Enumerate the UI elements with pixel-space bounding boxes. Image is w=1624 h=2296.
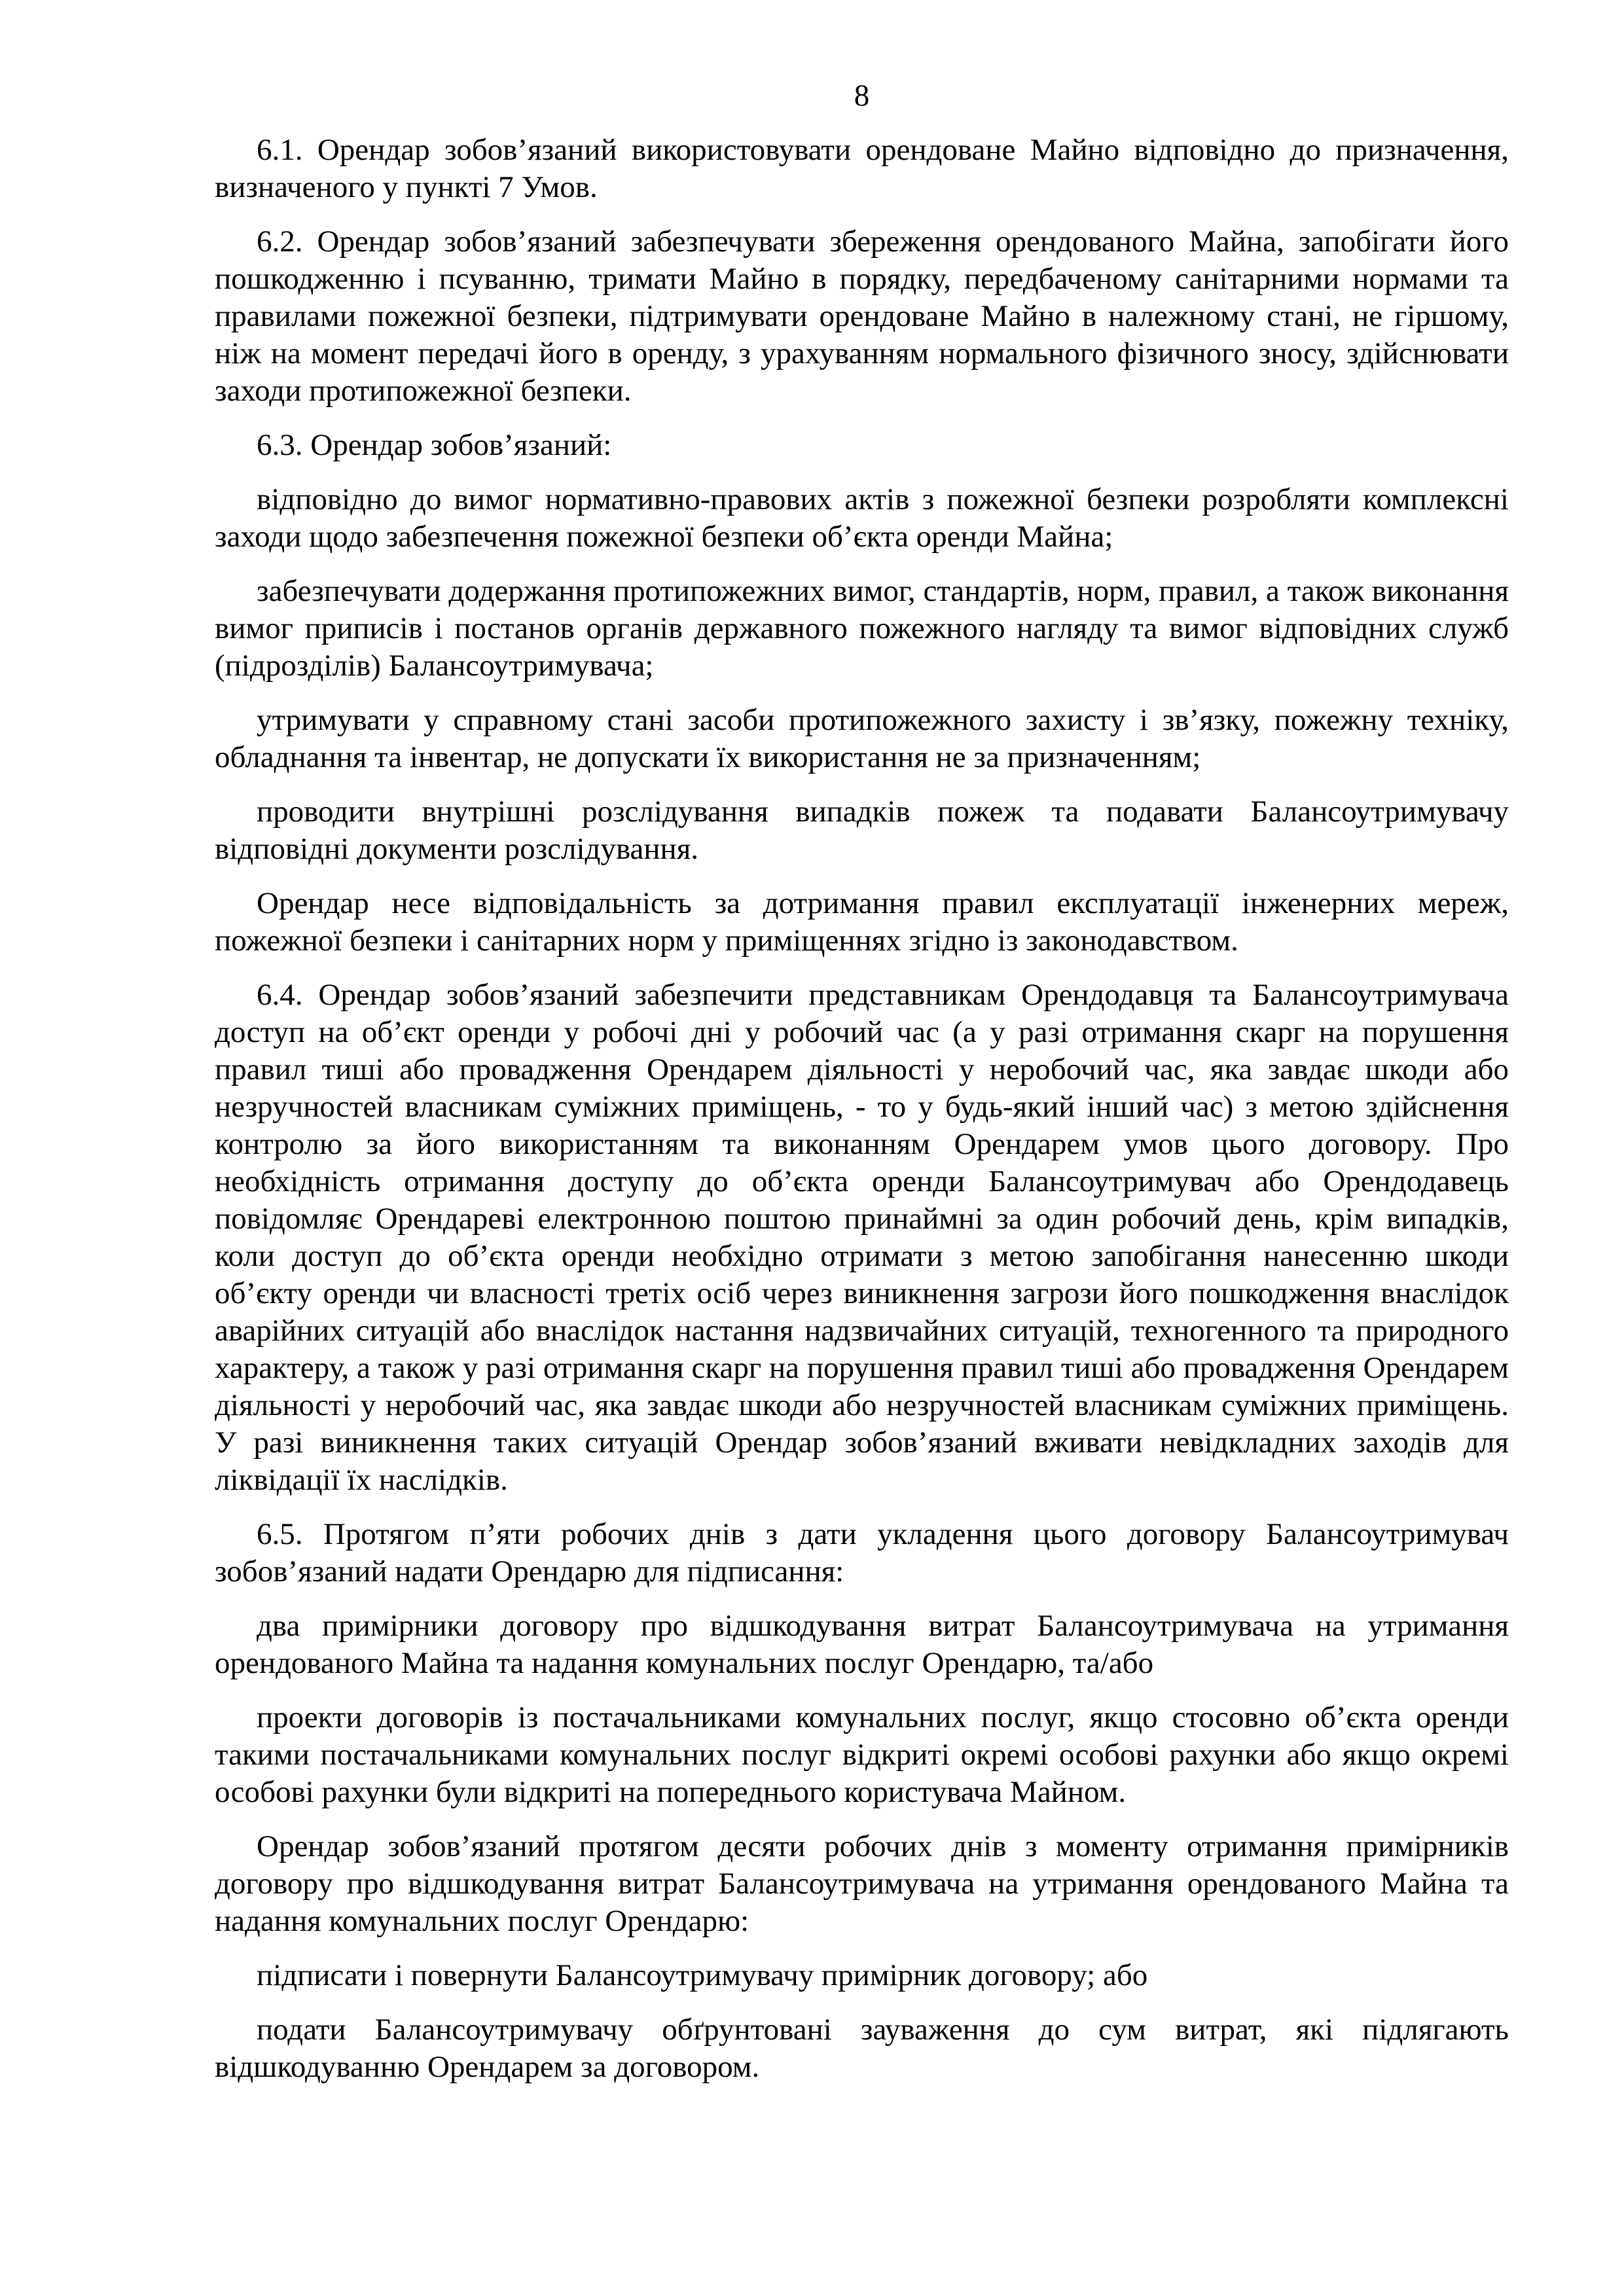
- paragraph-6-2: 6.2. Орендар зобов’язаний забезпечувати …: [215, 223, 1509, 410]
- page-number: 8: [215, 77, 1509, 115]
- paragraph-6-4: 6.4. Орендар зобов’язаний забезпечити пр…: [215, 977, 1509, 1499]
- paragraph-tenant-ten-days: Орендар зобов’язаний протягом десяти роб…: [215, 1828, 1509, 1940]
- list-item-utility-contracts-drafts: проекти договорів із постачальниками ком…: [215, 1699, 1509, 1811]
- paragraph-liability-networks: Орендар несе відповідальність за дотрима…: [215, 885, 1509, 960]
- list-item-sign-and-return: підписати і повернути Балансоутримувачу …: [215, 1957, 1509, 1994]
- list-item-fire-safety-measures: відповідно до вимог нормативно-правових …: [215, 481, 1509, 556]
- list-item-submit-objections: подати Балансоутримувачу обґрунтовані за…: [215, 2011, 1509, 2086]
- list-item-fire-investigations: проводити внутрішні розслідування випадк…: [215, 793, 1509, 868]
- paragraph-6-5-intro: 6.5. Протягом п’яти робочих днів з дати …: [215, 1516, 1509, 1590]
- document-page: 8 6.1. Орендар зобов’язаний використовув…: [0, 0, 1624, 2296]
- list-item-fire-equipment-maintenance: утримувати у справному стані засоби прот…: [215, 702, 1509, 776]
- paragraph-6-1: 6.1. Орендар зобов’язаний використовуват…: [215, 132, 1509, 206]
- paragraph-6-3-intro: 6.3. Орендар зобов’язаний:: [215, 427, 1509, 464]
- list-item-fire-requirements-compliance: забезпечувати додержання протипожежних в…: [215, 573, 1509, 685]
- list-item-two-copies-agreement: два примірники договору про відшкодуванн…: [215, 1607, 1509, 1682]
